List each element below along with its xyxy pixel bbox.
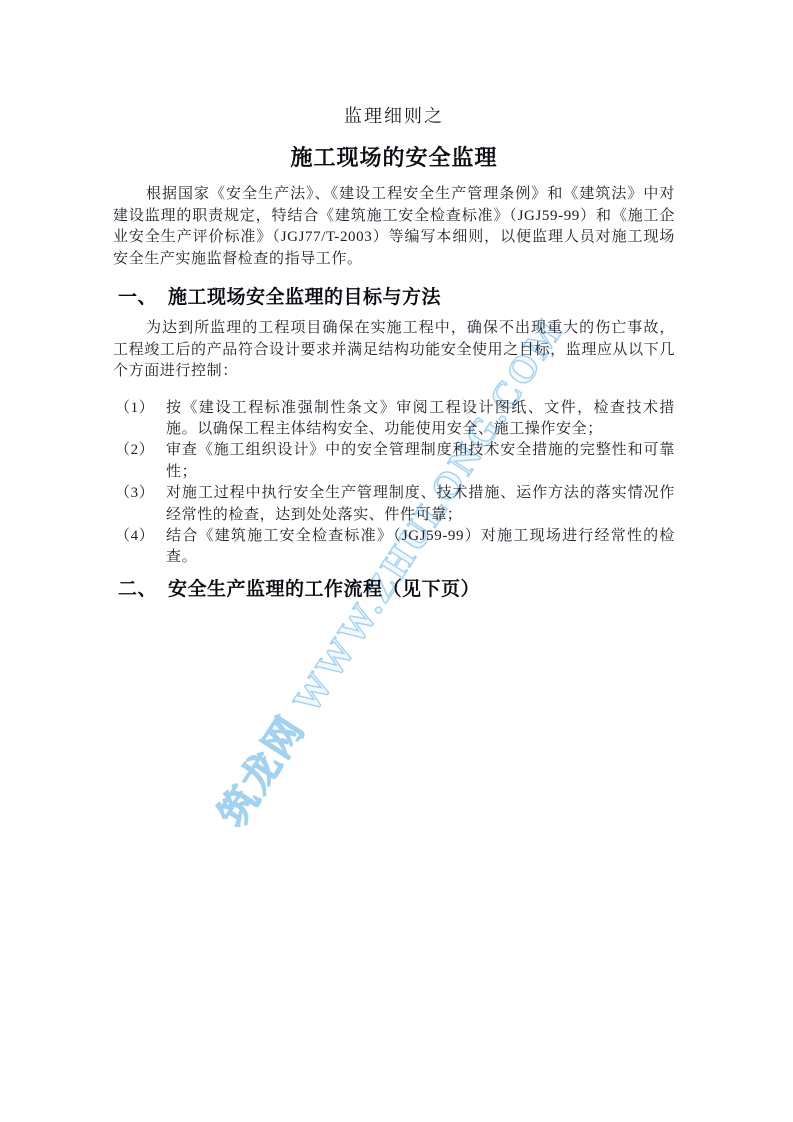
list-item-marker: （2） — [113, 440, 166, 483]
document-page: 筑龙网 WWW.ZHULONG.COM 监理细则之 施工现场的安全监理 根据国家… — [0, 0, 793, 1122]
list-item-text: 审查《施工组织设计》中的安全管理制度和技术安全措施的完整性和可靠性； — [166, 440, 675, 483]
doc-title: 施工现场的安全监理 — [113, 143, 675, 173]
list-item-text: 结合《建筑施工安全检查标准》（JGJ59-99）对施工现场进行经常性的检查。 — [166, 526, 675, 569]
list-item: （4） 结合《建筑施工安全检查标准》（JGJ59-99）对施工现场进行经常性的检… — [113, 526, 675, 569]
section-1-number: 一、 — [113, 285, 168, 311]
section-1-paragraph: 为达到所监理的工程项目确保在实施工程中，确保不出现重大的伤亡事故，工程竣工后的产… — [113, 318, 675, 383]
intro-paragraph: 根据国家《安全生产法》、《建设工程安全生产管理条例》和《建筑法》中对建设监理的职… — [113, 184, 675, 270]
list-item: （2） 审查《施工组织设计》中的安全管理制度和技术安全措施的完整性和可靠性； — [113, 440, 675, 483]
list-item: （1） 按《建设工程标准强制性条文》审阅工程设计图纸、文件，检查技术措施。以确保… — [113, 398, 675, 441]
section-2-heading: 二、 安全生产监理的工作流程（见下页） — [113, 577, 675, 603]
section-1-heading: 一、 施工现场安全监理的目标与方法 — [113, 285, 675, 311]
list-item-marker: （4） — [113, 526, 166, 569]
list-item-marker: （3） — [113, 483, 166, 526]
page-content: 监理细则之 施工现场的安全监理 根据国家《安全生产法》、《建设工程安全生产管理条… — [113, 105, 675, 603]
section-2-number: 二、 — [113, 577, 168, 603]
section-2-title: 安全生产监理的工作流程（见下页） — [168, 577, 480, 603]
list-item-marker: （1） — [113, 398, 166, 441]
list-item-text: 按《建设工程标准强制性条文》审阅工程设计图纸、文件，检查技术措施。以确保工程主体… — [166, 398, 675, 441]
doc-subtitle: 监理细则之 — [113, 105, 675, 127]
section-1-title: 施工现场安全监理的目标与方法 — [168, 285, 441, 311]
list-item: （3） 对施工过程中执行安全生产管理制度、技术措施、运作方法的落实情况作经常性的… — [113, 483, 675, 526]
list-item-text: 对施工过程中执行安全生产管理制度、技术措施、运作方法的落实情况作经常性的检查，达… — [166, 483, 675, 526]
numbered-list: （1） 按《建设工程标准强制性条文》审阅工程设计图纸、文件，检查技术措施。以确保… — [113, 398, 675, 569]
